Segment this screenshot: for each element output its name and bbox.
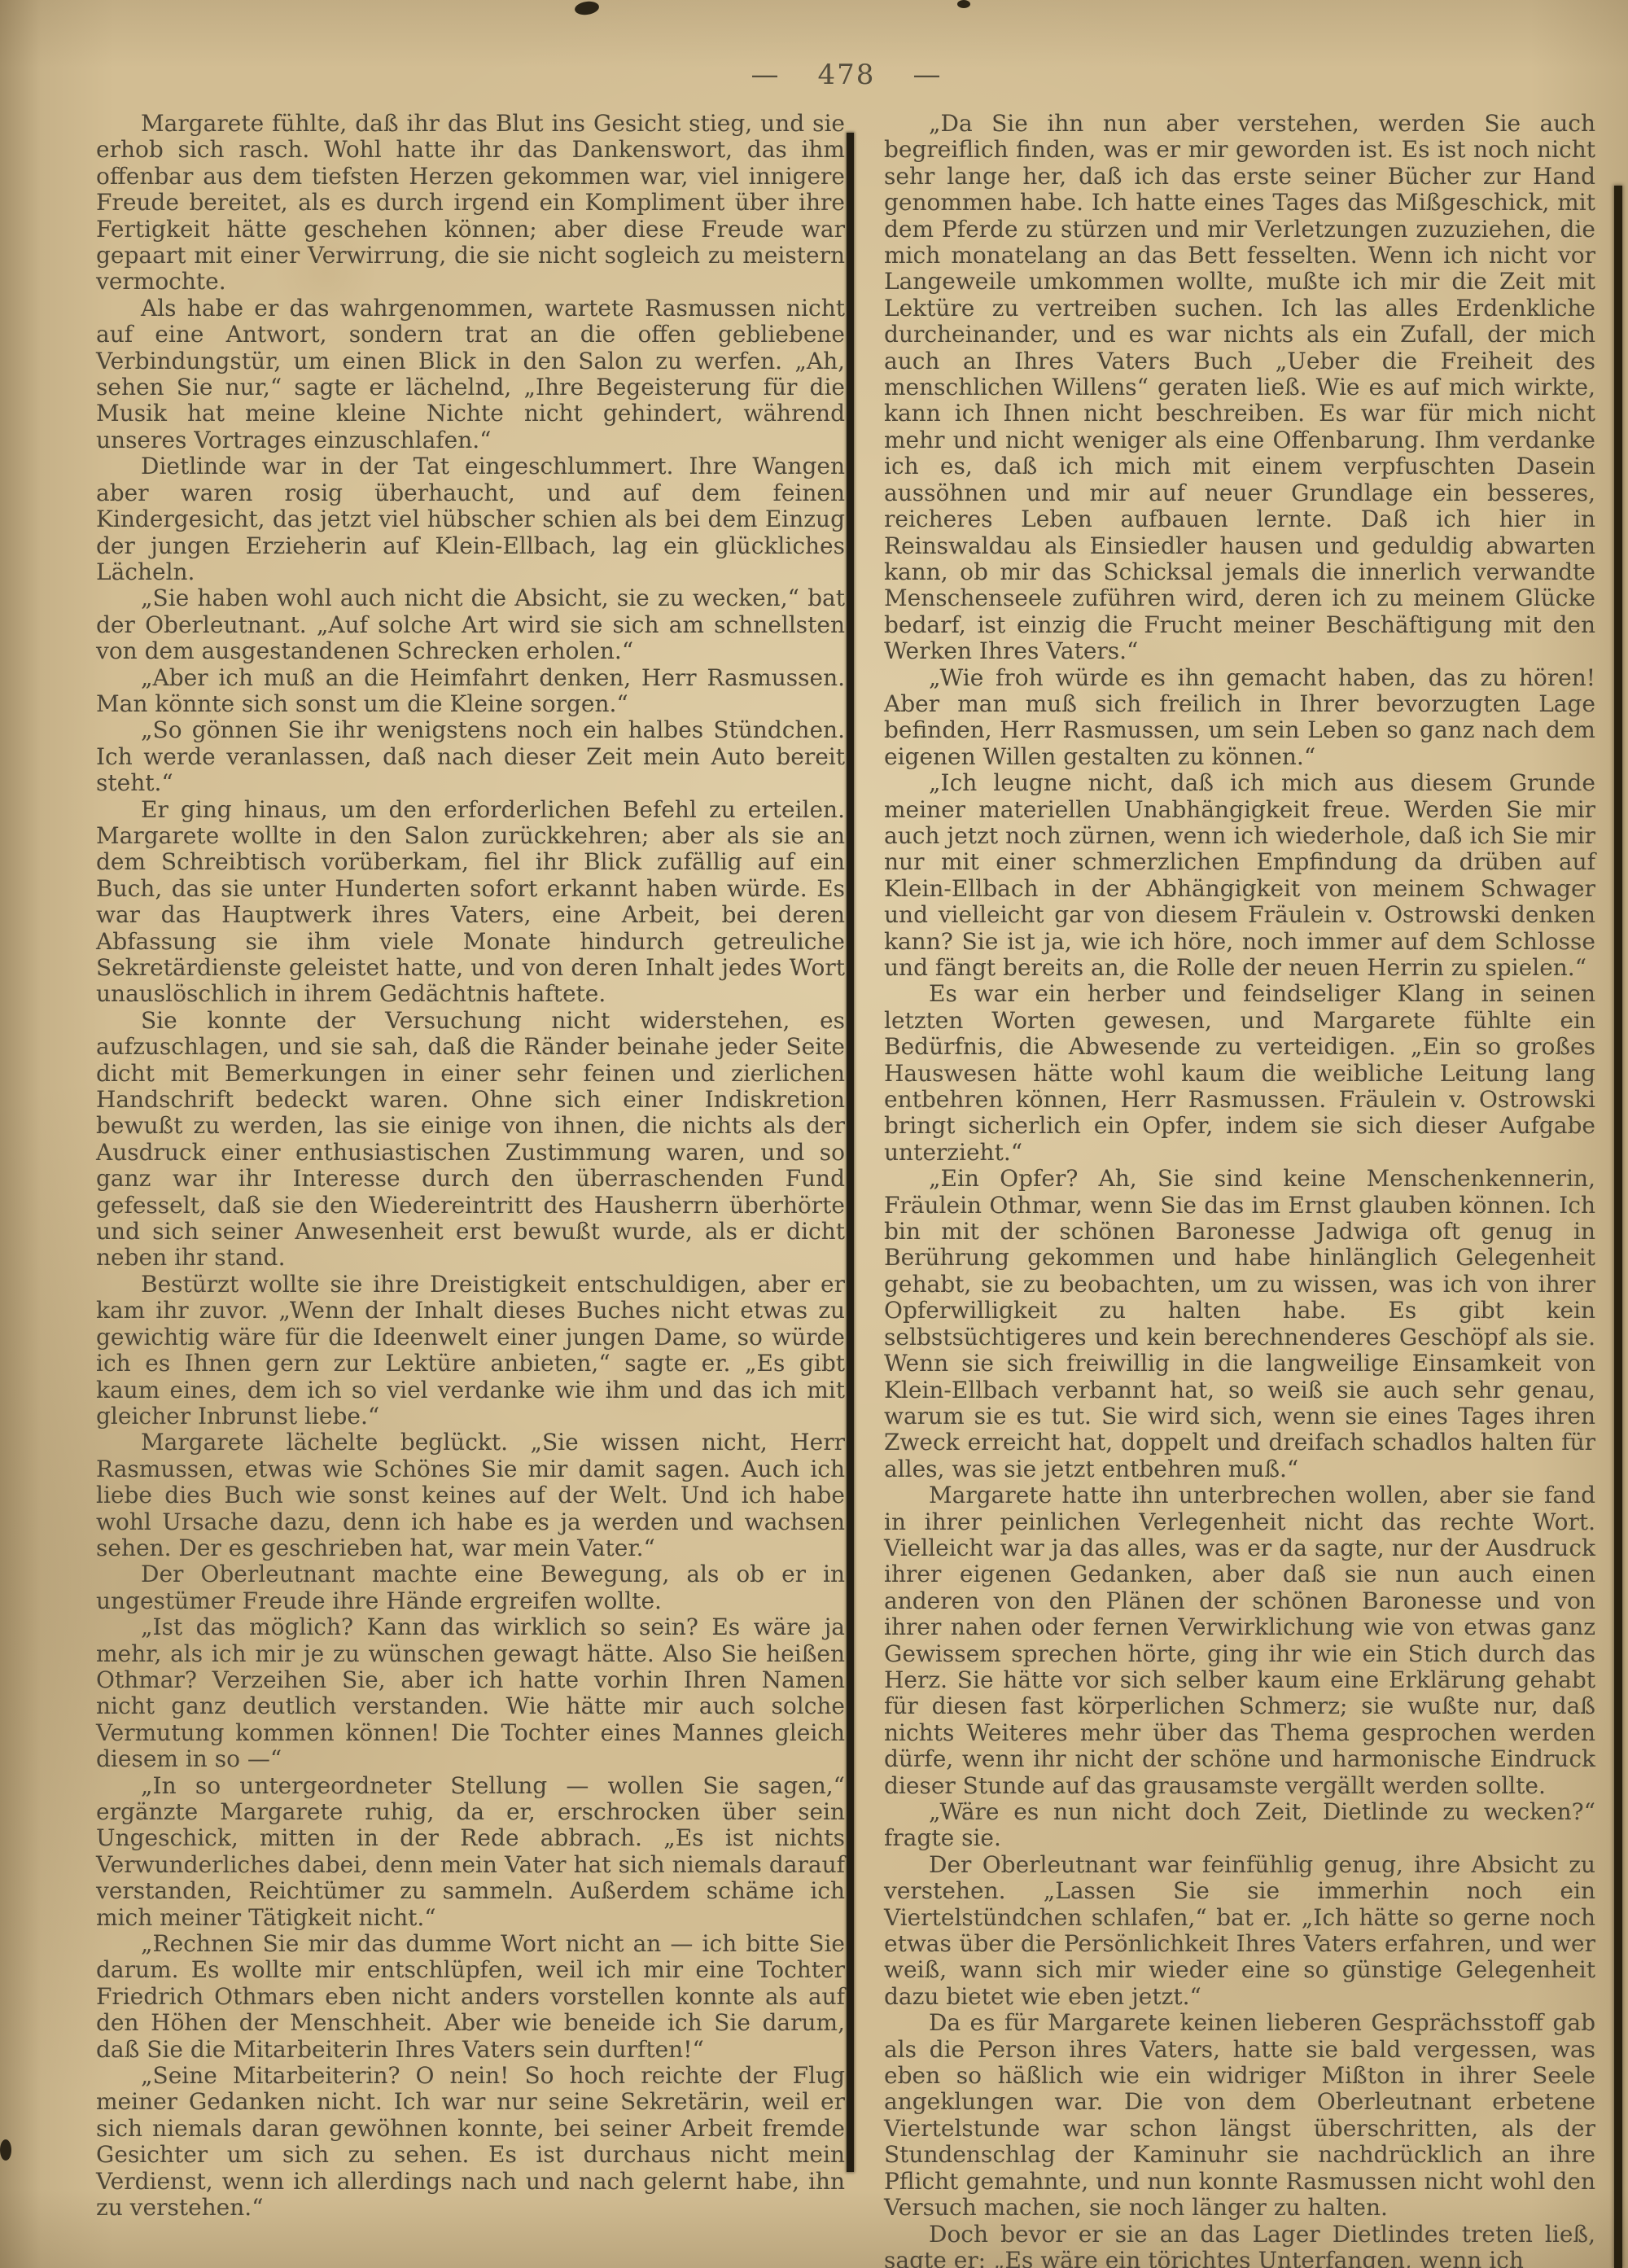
paragraph: Der Oberleutnant machte eine Bewegung, a… [96,1561,845,1614]
paragraph: „Da Sie ihn nun aber verstehen, werden S… [884,111,1595,665]
paragraph: „Rechnen Sie mir das dumme Wort nicht an… [96,1931,845,2063]
left-column: Margarete fühlte, daß ihr das Blut ins G… [96,111,845,2222]
header-dash-left: — [751,59,781,91]
paragraph: Da es für Margarete keinen lieberen Gesp… [884,2010,1595,2221]
paragraph: „Ein Opfer? Ah, Sie sind keine Menschenk… [884,1166,1595,1482]
paragraph: Sie konnte der Versuchung nicht widerste… [96,1008,845,1272]
paragraph: „So gönnen Sie ihr wenigstens noch ein h… [96,717,845,796]
paragraph: Margarete lächelte beglückt. „Sie wissen… [96,1430,845,1561]
paragraph: „Seine Mitarbeiterin? O nein! So hoch re… [96,2063,845,2221]
paragraph: Margarete fühlte, daß ihr das Blut ins G… [96,111,845,296]
page-number: 478 [818,59,876,91]
paragraph: „Aber ich muß an die Heimfahrt denken, H… [96,665,845,718]
paragraph: Es war ein herber und feindseliger Klang… [884,981,1595,1166]
paragraph: „In so untergeordneter Stellung — wollen… [96,1773,845,1931]
right-column: „Da Sie ihn nun aber verstehen, werden S… [884,111,1595,2268]
paragraph: Bestürzt wollte sie ihre Dreistigkeit en… [96,1272,845,1430]
paragraph: „Ist das möglich? Kann das wirklich so s… [96,1614,845,1772]
paragraph: „Wäre es nun nicht doch Zeit, Dietlinde … [884,1799,1595,1852]
paragraph: Als habe er das wahrgenommen, wartete Ra… [96,296,845,453]
paragraph: Der Oberleutnant war feinfühlig genug, i… [884,1852,1595,2010]
paragraph: Dietlinde war in der Tat eingeschlummert… [96,453,845,585]
column-divider-rule [847,133,854,2172]
ink-speck [0,2139,11,2161]
header-dash-right: — [912,59,942,91]
paragraph: „Ich leugne nicht, daß ich mich aus dies… [884,770,1595,981]
page-header: — 478 — [98,59,1595,91]
paragraph: Doch bevor er sie an das Lager Dietlinde… [884,2222,1595,2268]
paragraph: Er ging hinaus, um den erforderlichen Be… [96,797,845,1008]
paragraph: Margarete hatte ihn unterbrechen wollen,… [884,1482,1595,1799]
paragraph: „Wie froh würde es ihn gemacht haben, da… [884,665,1595,771]
paragraph: „Sie haben wohl auch nicht die Absicht, … [96,585,845,664]
ink-speck [574,0,600,16]
ink-speck [957,0,970,8]
page-edge-shadow [1614,186,1622,2268]
